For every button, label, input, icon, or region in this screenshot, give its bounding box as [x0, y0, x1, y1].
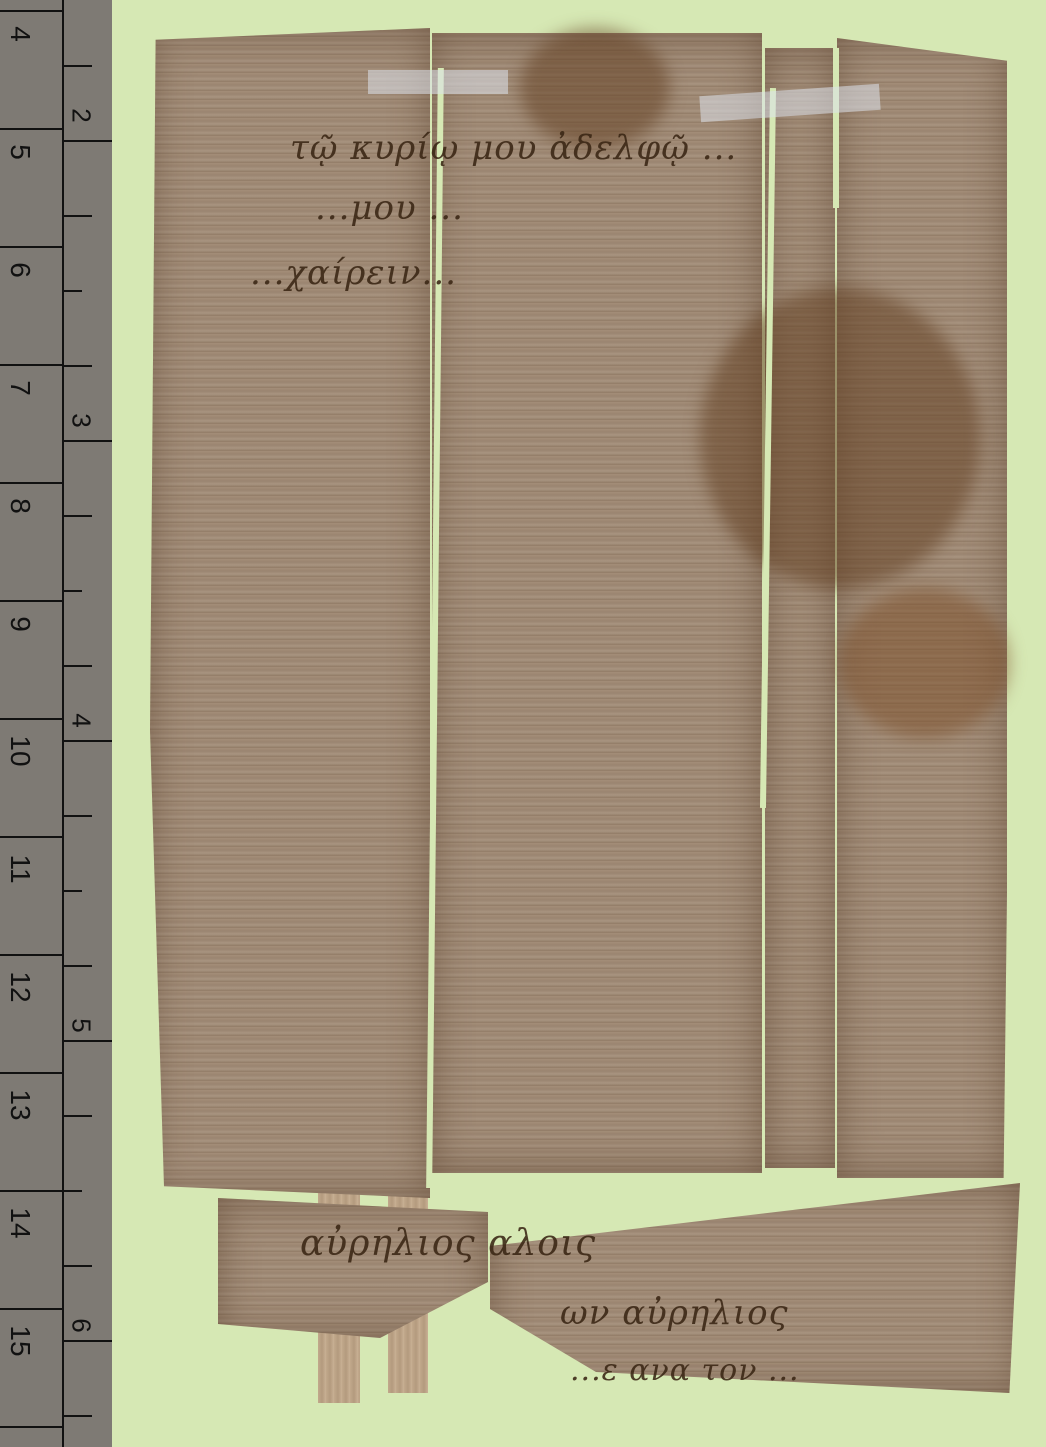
ruler-tick [62, 440, 112, 442]
ruler-tick [62, 215, 92, 217]
ruler-tick [0, 954, 62, 956]
ruler-tick [0, 718, 62, 720]
inch-label: 5 [66, 1011, 97, 1041]
ruler-tick [62, 815, 92, 817]
ruler-tick [0, 482, 62, 484]
cm-label: 9 [4, 606, 36, 642]
inch-label: 4 [66, 706, 97, 736]
script-line-aurelios-2: ων αὐρηλιος [560, 1293, 789, 1333]
ruler-spine [62, 0, 64, 1447]
script-line-aurelios: αὐρηλιος αλοις [300, 1223, 596, 1264]
ruler-tick [0, 836, 62, 838]
ruler-tick [62, 140, 112, 142]
ruler-tick [62, 965, 92, 967]
inch-label: 2 [66, 101, 97, 131]
ruler-tick [0, 364, 62, 366]
script-line: τῷ κυρίῳ μου ἀδελφῷ ... [290, 128, 737, 168]
ruler-tick [62, 515, 92, 517]
papyrus-fragment: τῷ κυρίῳ μου ἀδελφῷ ... ...μου ... ...χα… [140, 28, 1030, 1403]
ruler-tick [0, 1072, 62, 1074]
ruler-tick [62, 740, 112, 742]
ruler-tick [62, 1415, 92, 1417]
ruler-tick [0, 1190, 62, 1192]
cm-label: 13 [4, 1087, 36, 1123]
cm-label: 12 [4, 969, 36, 1005]
papyrus-column-narrow [765, 48, 835, 1168]
script-line: ...χαίρειν... [250, 253, 457, 293]
papyrus-crack [833, 48, 839, 208]
ruler-tick [62, 290, 82, 292]
cm-label: 5 [4, 134, 36, 170]
cm-label: 15 [4, 1323, 36, 1359]
scale-ruler: 4 5 6 7 8 9 10 11 12 13 14 15 2 3 4 5 6 [0, 0, 112, 1447]
script-line: ...μου ... [315, 188, 464, 228]
papyrus-bottom-left [218, 1198, 488, 1338]
ruler-tick [0, 128, 62, 130]
ruler-tick [62, 590, 82, 592]
cm-label: 11 [4, 851, 36, 887]
ruler-tick [62, 1115, 92, 1117]
cm-label: 7 [4, 370, 36, 406]
inch-label: 3 [66, 406, 97, 436]
ruler-tick [0, 1308, 62, 1310]
ruler-tick [0, 10, 62, 12]
stain [700, 288, 980, 588]
ruler-tick [62, 1190, 82, 1192]
script-line-last: ...ε ανα τον ... [570, 1353, 800, 1388]
cm-label: 6 [4, 252, 36, 288]
ruler-tick [62, 890, 82, 892]
ruler-tick [0, 600, 62, 602]
ruler-tick [62, 365, 92, 367]
repair-tape [368, 70, 508, 94]
cm-label: 4 [4, 16, 36, 52]
cm-label: 10 [4, 733, 36, 769]
cm-label: 8 [4, 488, 36, 524]
ruler-tick [62, 1265, 92, 1267]
stain [840, 588, 1010, 738]
papyrus-column-middle [432, 33, 762, 1173]
inch-label: 6 [66, 1311, 97, 1341]
cm-label: 14 [4, 1205, 36, 1241]
ruler-tick [62, 665, 92, 667]
ruler-tick [0, 246, 62, 248]
ruler-tick [0, 1426, 62, 1428]
ruler-tick [62, 65, 92, 67]
